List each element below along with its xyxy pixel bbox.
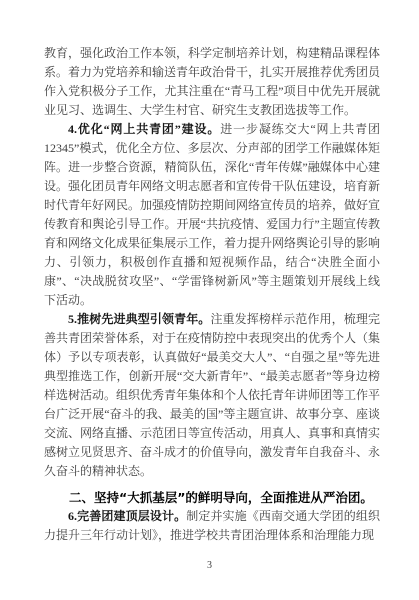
paragraph-item-4: 4.优化“网上共青团”建设。进一步凝练交大“网上共青团12345”模式，优化全方…	[44, 120, 380, 310]
paragraph-5-text: 注重发挥榜样示范作用，梳理完善共青团荣誉体系，对于在疫情防控中表现突出的优秀个人…	[44, 312, 380, 478]
paragraph-continuation: 教育，强化政治工作本领，科学定制培养计划，构建精品课程体系。着力为党培养和输送青…	[44, 44, 380, 120]
paragraph-item-6: 6.完善团建顶层设计。制定并实施《西南交通大学团的组织力提升三年行动计划》，推进…	[44, 507, 380, 545]
paragraph-6-lead: 6.完善团建顶层设计。	[68, 509, 186, 523]
paragraph-4-text: 进一步凝练交大“网上共青团12345”模式，优化全方位、多层次、分声部的团学工作…	[44, 122, 380, 307]
paragraph-4-lead: 4.优化“网上共青团”建设。	[68, 122, 220, 136]
document-page: 教育，强化政治工作本领，科学定制培养计划，构建精品课程体系。着力为党培养和输送青…	[0, 0, 419, 600]
paragraph-item-5: 5.推树先进典型引领青年。注重发挥榜样示范作用，梳理完善共青团荣誉体系，对于在疫…	[44, 310, 380, 481]
page-number: 3	[0, 556, 419, 575]
paragraph-5-lead: 5.推树先进典型引领青年。	[68, 312, 210, 326]
section-heading: 二、坚持“大抓基层”的鲜明导向，全面推进从严治团。	[44, 488, 380, 507]
